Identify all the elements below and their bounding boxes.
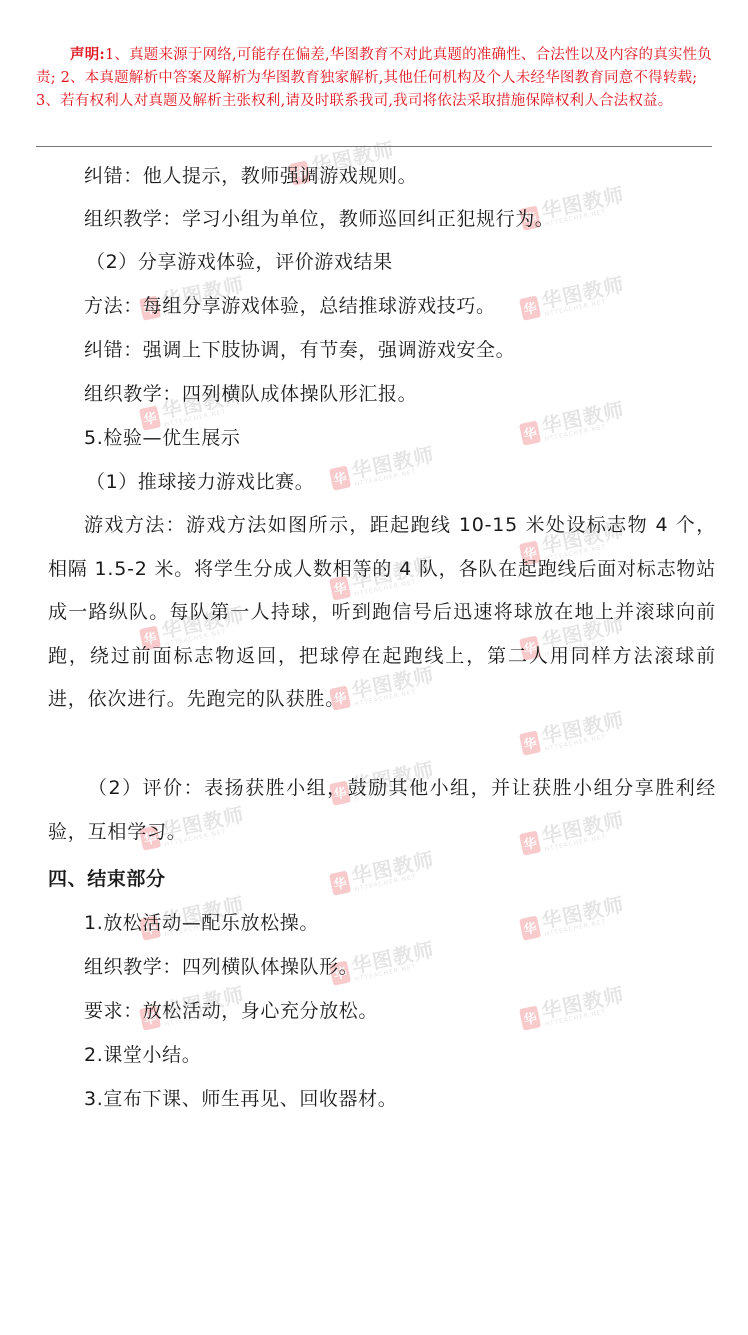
header-divider <box>36 146 712 147</box>
end-line: 组织教学：四列横队体操队形。 <box>84 954 358 980</box>
watermark: 华 华图教师HTTEACHER.NET <box>328 444 437 492</box>
body-line: （2）分享游戏体验，评价游戏结果 <box>86 249 393 275</box>
watermark-logo-icon: 华 <box>329 870 351 895</box>
body-line: 组织教学：学习小组为单位，教师巡回纠正犯规行为。 <box>84 206 554 232</box>
end-line: 3.宣布下课、师生再见、回收器材。 <box>84 1086 397 1112</box>
body-line: 5.检验—优生展示 <box>84 425 241 451</box>
game-method-paragraph: 游戏方法：游戏方法如图所示，距起跑线 10-15 米处设标志物 4 个，相隔 1… <box>48 504 716 722</box>
watermark: 华 华图教师HTTEACHER.NET <box>518 984 627 1032</box>
watermark-logo-icon: 华 <box>519 420 541 445</box>
end-line: 要求：放松活动，身心充分放松。 <box>84 998 378 1024</box>
disclaimer: 声明:1、真题来源于网络,可能存在偏差,华图教育不对此真题的准确性、合法性以及内… <box>36 43 712 113</box>
watermark-logo-icon: 华 <box>519 1005 541 1030</box>
watermark-logo-icon: 华 <box>519 730 541 755</box>
end-line: 2.课堂小结。 <box>84 1042 201 1068</box>
end-line: 1.放松活动—配乐放松操。 <box>84 910 319 936</box>
body-line: 纠错：强调上下肢协调，有节奏，强调游戏安全。 <box>84 337 515 363</box>
body-line: （1）推球接力游戏比赛。 <box>86 469 314 495</box>
body-line: 纠错：他人提示，教师强调游戏规则。 <box>84 163 417 189</box>
watermark: 华 华图教师HTTEACHER.NET <box>328 849 437 897</box>
evaluation-paragraph: （2）评价：表扬获胜小组，鼓励其他小组，并让获胜小组分享胜利经验，互相学习。 <box>48 767 716 854</box>
watermark-logo-icon: 华 <box>519 295 541 320</box>
watermark: 华 华图教师HTTEACHER.NET <box>518 399 627 447</box>
section-heading: 四、结束部分 <box>48 866 166 892</box>
body-line: 方法：每组分享游戏体验，总结推球游戏技巧。 <box>84 293 496 319</box>
watermark-logo-icon: 华 <box>519 915 541 940</box>
watermark: 华 华图教师HTTEACHER.NET <box>518 274 627 322</box>
disclaimer-text: 1、真题来源于网络,可能存在偏差,华图教育不对此真题的准确性、合法性以及内容的真… <box>36 47 712 109</box>
body-line: 组织教学：四列横队成体操队形汇报。 <box>84 381 417 407</box>
disclaimer-lead: 声明: <box>70 46 105 63</box>
watermark-logo-icon: 华 <box>329 465 351 490</box>
watermark: 华 华图教师HTTEACHER.NET <box>518 894 627 942</box>
